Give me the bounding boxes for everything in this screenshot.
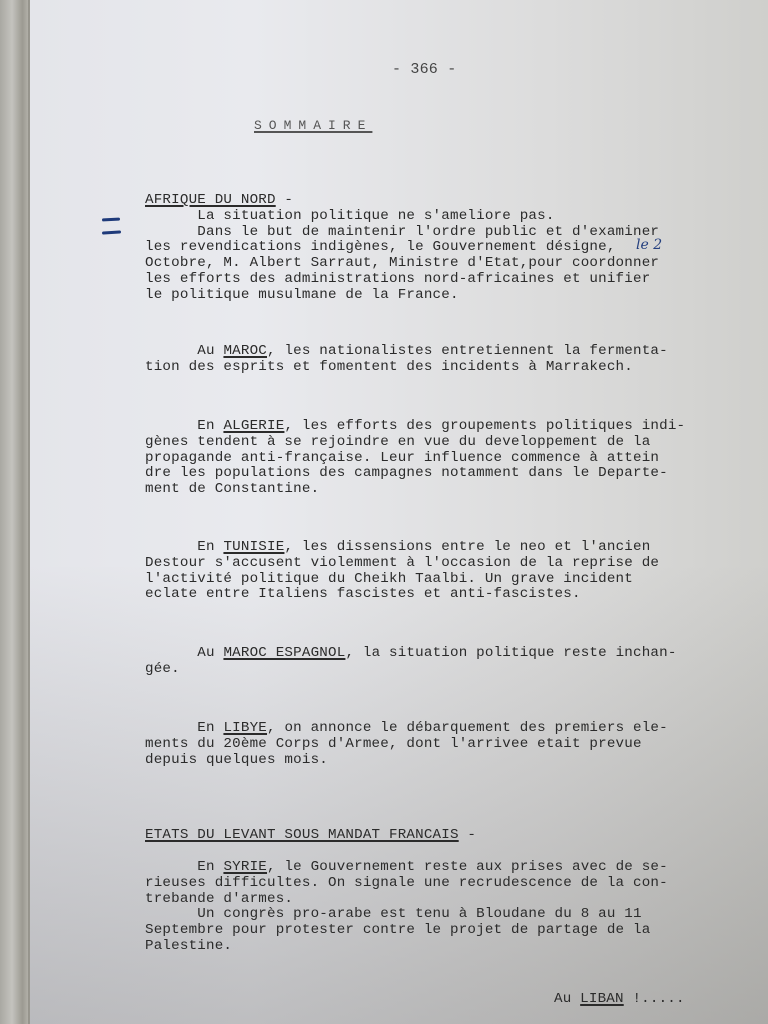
paragraph-line: Octobre, M. Albert Sarraut, Ministre d'E… xyxy=(145,255,659,271)
paragraph-line: , la situation politique reste inchan- xyxy=(345,645,676,661)
section-maroc-espagnol: Au MAROC ESPAGNOL, la situation politiqu… xyxy=(145,646,677,678)
ellipsis: !..... xyxy=(624,991,685,1007)
catchword-liban: Au LIBAN !..... xyxy=(554,992,685,1008)
text-prefix: Au xyxy=(145,343,223,359)
section-syrie: En SYRIE, le Gouvernement reste aux pris… xyxy=(145,860,668,955)
place-name: MAROC ESPAGNOL xyxy=(223,645,345,661)
section-tunisie: En TUNISIE, les dissensions entre le neo… xyxy=(145,540,659,603)
book-binding xyxy=(0,0,30,1024)
paragraph-line: rieuses difficultes. On signale une recr… xyxy=(145,875,668,891)
section-libye: En LIBYE, on annonce le débarquement des… xyxy=(145,721,668,768)
heading-dash: - xyxy=(459,827,476,843)
paragraph-line: , le Gouvernement reste aux prises avec … xyxy=(267,859,668,875)
paragraph-line: , les efforts des groupements politiques… xyxy=(284,418,685,434)
section-levant: ETATS DU LEVANT SOUS MANDAT FRANCAIS - xyxy=(145,828,476,844)
paragraph-line: les efforts des administrations nord-afr… xyxy=(145,271,650,287)
heading-dash: - xyxy=(276,192,293,208)
section-algerie: En ALGERIE, les efforts des groupements … xyxy=(145,419,685,498)
place-name: SYRIE xyxy=(223,859,267,875)
paragraph-line: gènes tendent à se rejoindre en vue du d… xyxy=(145,434,650,450)
place-name: LIBAN xyxy=(580,991,624,1007)
section-afrique-du-nord: AFRIQUE DU NORD - La situation politique… xyxy=(145,193,659,304)
paragraph-line: propagande anti-française. Leur influenc… xyxy=(145,450,659,466)
paragraph-line: , les nationalistes entretiennent la fer… xyxy=(267,343,668,359)
paragraph-line: les revendications indigènes, le Gouvern… xyxy=(145,239,624,255)
paragraph-line: , on annonce le débarquement des premier… xyxy=(267,720,668,736)
paragraph-line: depuis quelques mois. xyxy=(145,752,328,768)
paragraph-line: dre les populations des campagnes notamm… xyxy=(145,465,668,481)
paragraph-line: ments du 20ème Corps d'Armee, dont l'arr… xyxy=(145,736,642,752)
page-title: SOMMAIRE xyxy=(254,118,372,134)
paragraph-line: , les dissensions entre le neo et l'anci… xyxy=(284,539,650,555)
paragraph-line: Dans le but de maintenir l'ordre public … xyxy=(145,224,659,240)
handwritten-annotation: le 2 xyxy=(636,237,662,253)
paragraph-line: le politique musulmane de la France. xyxy=(145,287,459,303)
section-maroc: Au MAROC, les nationalistes entretiennen… xyxy=(145,344,668,376)
paragraph-line: Palestine. xyxy=(145,938,232,954)
text-prefix: Au xyxy=(554,991,580,1007)
paragraph-line: l'activité politique du Cheikh Taalbi. U… xyxy=(145,571,633,587)
place-name: MAROC xyxy=(223,343,267,359)
paragraph-line: Septembre pour protester contre le proje… xyxy=(145,922,650,938)
paragraph-line: ment de Constantine. xyxy=(145,481,319,497)
paragraph-line: tion des esprits et fomentent des incide… xyxy=(145,359,633,375)
section-heading: AFRIQUE DU NORD xyxy=(145,192,276,208)
page-number: - 366 - xyxy=(392,62,456,78)
place-name: ALGERIE xyxy=(223,418,284,434)
text-prefix: En xyxy=(145,539,223,555)
paragraph-line: eclate entre Italiens fascistes et anti-… xyxy=(145,586,581,602)
text-prefix: En xyxy=(145,720,223,736)
text-prefix: En xyxy=(145,859,223,875)
paragraph-line: Un congrès pro-arabe est tenu à Bloudane… xyxy=(145,906,642,922)
paragraph-line: Destour s'accusent violemment à l'occasi… xyxy=(145,555,659,571)
paragraph-line: La situation politique ne s'ameliore pas… xyxy=(145,208,555,224)
text-prefix: Au xyxy=(145,645,223,661)
page-fold xyxy=(28,0,30,1024)
text-prefix: En xyxy=(145,418,223,434)
paragraph-line: trebande d'armes. xyxy=(145,891,293,907)
place-name: LIBYE xyxy=(223,720,267,736)
paragraph-line: gée. xyxy=(145,661,180,677)
section-heading: ETATS DU LEVANT SOUS MANDAT FRANCAIS xyxy=(145,827,459,843)
place-name: TUNISIE xyxy=(223,539,284,555)
